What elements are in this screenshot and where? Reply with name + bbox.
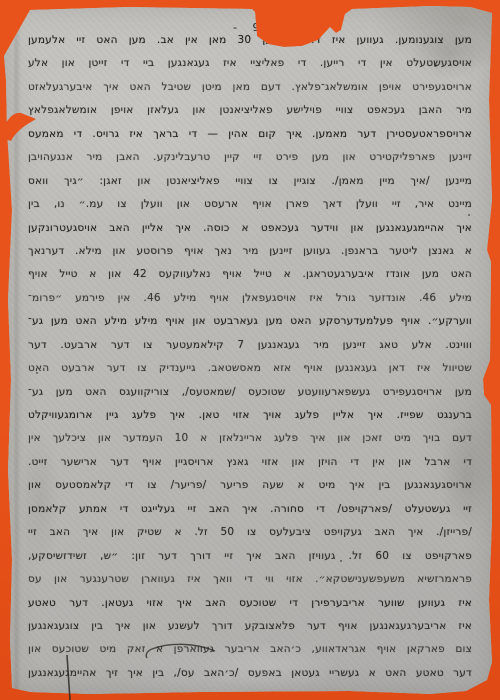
- text-line: מיינט איר, זיי וועלן דאך פארן אויף ארעסט…: [28, 198, 472, 221]
- text-line: וווינט. אלע טאג זיינען מיר געגאנגען 7 קי…: [28, 339, 472, 362]
- page-number: - 9 -: [0, 21, 500, 34]
- text-line: איך אהיימגעגאנגען און ווידער געכאפט א כו…: [28, 222, 472, 245]
- text-line: זיי געשטעלט /פארקויפט/ די סחורה. איך האב…: [28, 503, 472, 526]
- text-line: שטיוול איז דאן געגאנגען אויף אזא מאסשטאב…: [28, 362, 472, 385]
- text-line: א גאנצן ליטער בראנפן. געווען זיינען מיר …: [28, 245, 472, 268]
- text-line: מען צוגענומען. געווען איז דאס געווען 30 …: [28, 34, 472, 57]
- text-line: מען ארויסגעפירט געשפארעוועטע שטוכעס /שמא…: [28, 386, 472, 409]
- text-line: /פרייזן/. איך האב געקויפט ציבעלעס צו 50 …: [28, 526, 472, 549]
- text-line: פראמרזשיא משעפשענישטקא״. אזוי ווי די ווא…: [28, 573, 472, 596]
- text-line: אויסגעשטעלט אין די רייען. די פאליציי איז…: [28, 57, 472, 80]
- text-line: מיר האבן געכאפט צוויי פוילישע פאליציאנטן…: [28, 104, 472, 127]
- text-line: דעם בויך מיט זאכן און איך פלעג אריינלאזן…: [28, 432, 472, 455]
- text-line: ברענגט שפייז. איך אליין פלעג אויך אזוי ט…: [28, 409, 472, 432]
- text-line: ארויספראטעסטירן דער מאמען. איך קום אהין …: [28, 128, 472, 151]
- text-line: איז אריבערגעגאנגען אויף דער פלאצובקע דור…: [28, 620, 472, 643]
- text-line: פארקויפט צו 60 זל. געוויזן האב איך זיי ד…: [28, 550, 472, 573]
- text-line: מילע 46. אונדזער גורל איז אויסגעפאלן אוי…: [28, 292, 472, 315]
- typewritten-text: מען צוגענומען. געווען איז דאס געווען 30 …: [28, 34, 472, 690]
- text-line: ארויסגעפירט אויפן אומשלאג־פלאץ. דעם מאן …: [28, 81, 472, 104]
- text-line: זיינען פארפליקטירט און מען פירט זיי קיין…: [28, 151, 472, 174]
- text-line: צום פארקאן אויף אגראדאווע, כ׳האב אריבער …: [28, 643, 472, 666]
- text-line: ארויסגעגאנגען בין איך מיט א שעה פריער /פ…: [28, 479, 472, 502]
- text-line: מיינען /איך מיין מאמן/. צוגיין צו צוויי …: [28, 175, 472, 198]
- text-line: האט מען אונדז איבערגעטראגן. א טייל אויף …: [28, 268, 472, 291]
- scan-background: - 9 - מען צוגענומען. געווען איז דאס געוו…: [0, 0, 500, 700]
- text-line: דער טאטע האט א געשריי געטאן באפעס /כ׳האב…: [28, 667, 472, 690]
- document-page: - 9 - מען צוגענומען. געווען איז דאס געוו…: [0, 0, 500, 700]
- text-line: ווערקע״. אויף פעלמעדערסקע האט מען געארבע…: [28, 315, 472, 338]
- text-line: איז געווען שווער אריבערפירן די שטוכעס הא…: [28, 597, 472, 620]
- text-line: די ארבל און אין די הויזן און אזוי גאנץ א…: [28, 456, 472, 479]
